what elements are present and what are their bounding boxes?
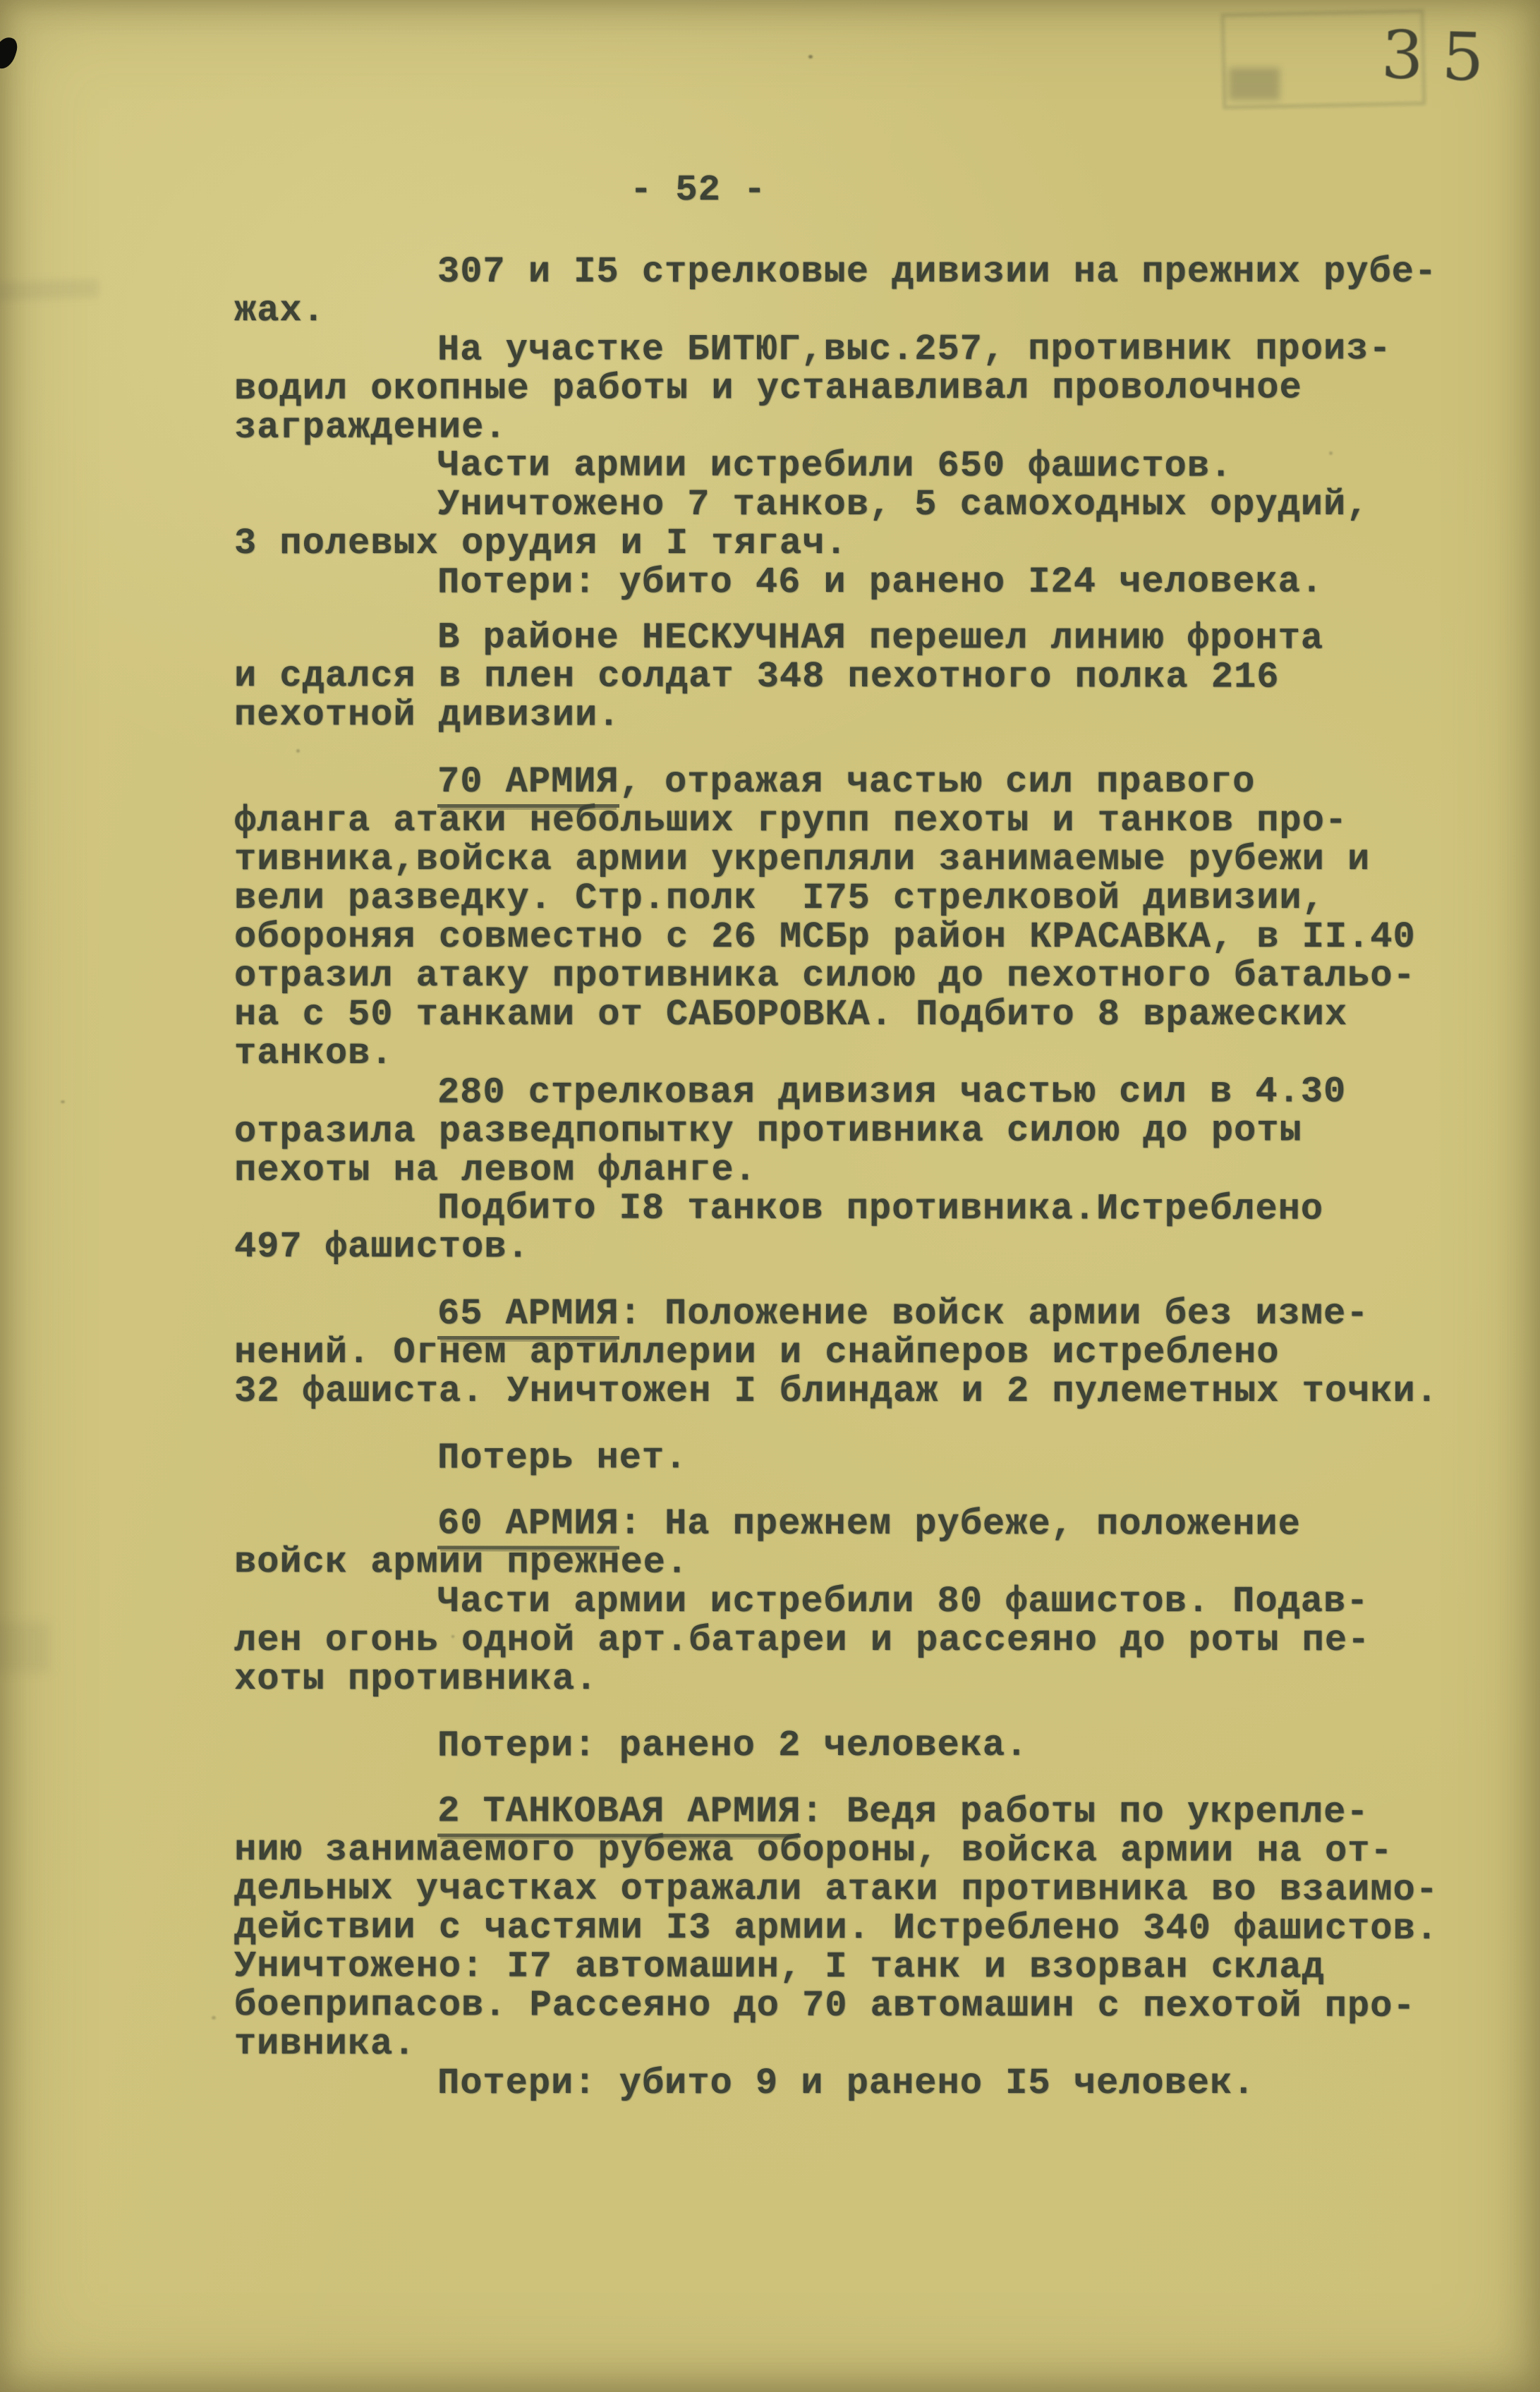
text-line: Потери: убито 9 и ранено I5 человек. [234, 2064, 1455, 2103]
text-line: Потерь нет. [234, 1438, 1455, 1478]
paragraph: 307 и I5 стрелковые дивизии на прежних р… [234, 253, 1455, 330]
text-line: войск армии прежнее. [234, 1543, 1455, 1583]
text-line: танков. [234, 1034, 1455, 1073]
text-line: 497 фашистов. [234, 1227, 1455, 1268]
text-line: дельных участках отражали атаки противни… [234, 1869, 1455, 1910]
paper-tear-mark [0, 34, 20, 71]
paragraph: На участке БИТЮГ,выс.257, противник прои… [234, 329, 1455, 447]
text-line: фланга атаки небольших групп пехоты и та… [234, 801, 1455, 840]
paragraph: 60 АРМИЯ: На прежнем рубеже, положениево… [234, 1504, 1455, 1583]
paragraph: 2 ТАНКОВАЯ АРМИЯ: Ведя работы по укрепле… [234, 1792, 1455, 2065]
text-line: В районе НЕСКУЧНАЯ перешел линию фронта [234, 618, 1455, 658]
paragraph: Части армии истребили 650 фашистов. [234, 446, 1455, 486]
paragraph: 70 АРМИЯ, отражая частью сил правогофлан… [234, 763, 1455, 1073]
text-line: нию занимаемого рубежа обороны, войска а… [234, 1831, 1455, 1871]
paragraph: 65 АРМИЯ: Положение войск армии без изме… [234, 1294, 1455, 1411]
paragraph: Уничтожено 7 танков, 5 самоходных орудий… [234, 485, 1455, 563]
document-page: 35 - 52 - 307 и I5 стрелковые дивизии на… [0, 0, 1540, 2392]
paragraph: Части армии истребили 80 фашистов. Подав… [234, 1582, 1455, 1699]
text-line: 3 полевых орудия и I тягач. [234, 524, 1455, 563]
paper-speck [808, 55, 813, 59]
text-line: На участке БИТЮГ,выс.257, противник прои… [234, 329, 1455, 370]
paragraph: Потерь нет. [234, 1438, 1455, 1478]
text-line: 307 и I5 стрелковые дивизии на прежних р… [234, 253, 1455, 291]
text-line: отразил атаку противника силою до пехотн… [234, 957, 1455, 995]
archive-page-stamp: 35 [1381, 23, 1503, 92]
text-line: вели разведку. Стр.полк I75 стрелковой д… [234, 879, 1455, 918]
text-line: Части армии истребили 650 фашистов. [234, 446, 1455, 486]
text-line: 60 АРМИЯ: На прежнем рубеже, положение [234, 1504, 1455, 1544]
text-line: и сдался в плен солдат 348 пехотного пол… [234, 657, 1455, 697]
text-line: обороняя совместно с 26 МСБр район КРАСА… [234, 918, 1455, 957]
text-line: Подбито I8 танков противника.Истреблено [234, 1189, 1455, 1229]
paragraph: В районе НЕСКУЧНАЯ перешел линию фронтаи… [234, 618, 1455, 736]
text-line: 32 фашиста. Уничтожен I блиндаж и 2 пуле… [234, 1372, 1455, 1411]
text-line: пехоты на левом фланге. [234, 1150, 1455, 1190]
text-line: боеприпасов. Рассеяно до 70 автомашин с … [234, 1986, 1455, 2026]
text-line: действии с частями I3 армии. Истреблено … [234, 1908, 1455, 1948]
text-line: тивника. [234, 2024, 1455, 2065]
paragraph: 280 стрелковая дивизия частью сил в 4.30… [234, 1072, 1455, 1190]
text-line: Уничтожено: I7 автомашин, I танк и взорв… [234, 1947, 1455, 1987]
text-line: нений. Огнем артиллерии и снайперов истр… [234, 1333, 1455, 1372]
text-line: 70 АРМИЯ, отражая частью сил правого [234, 763, 1455, 801]
text-line: хоты противника. [234, 1660, 1455, 1699]
page-number-label: - 52 - [630, 169, 766, 211]
text-line: Части армии истребили 80 фашистов. Подав… [234, 1582, 1455, 1621]
paragraph: Потери: убито 9 и ранено I5 человек. [234, 2064, 1455, 2103]
text-line: лен огонь одной арт.батареи и рассеяно д… [234, 1621, 1455, 1660]
text-line: 2 ТАНКОВАЯ АРМИЯ: Ведя работы по укрепле… [234, 1792, 1455, 1832]
text-line: заграждение. [234, 407, 1455, 447]
text-line: Потери: ранено 2 человека. [234, 1725, 1455, 1766]
paragraph: Потери: убито 46 и ранено I24 человека. [234, 562, 1455, 602]
text-line: водил окопные работы и устанавливал пров… [234, 368, 1455, 408]
text-line: жах. [234, 291, 1455, 330]
text-line: отразила разведпопытку противника силою … [234, 1111, 1455, 1151]
text-line: Уничтожено 7 танков, 5 самоходных орудий… [234, 485, 1455, 524]
text-line: тивника,войска армии укрепляли занимаемы… [234, 840, 1455, 879]
text-line: на с 50 танками от САБОРОВКА. Подбито 8 … [234, 995, 1455, 1034]
paragraph: Подбито I8 танков противника.Истреблено4… [234, 1189, 1455, 1268]
faded-stamp-residue [1229, 68, 1280, 100]
text-line: 280 стрелковая дивизия частью сил в 4.30 [234, 1072, 1455, 1112]
paragraph: Потери: ранено 2 человека. [234, 1725, 1455, 1766]
typewritten-text: 307 и I5 стрелковые дивизии на прежних р… [0, 253, 1540, 2103]
text-line: Потери: убито 46 и ранено I24 человека. [234, 562, 1455, 602]
text-line: 65 АРМИЯ: Положение войск армии без изме… [234, 1294, 1455, 1333]
text-line: пехотной дивизии. [234, 696, 1455, 736]
